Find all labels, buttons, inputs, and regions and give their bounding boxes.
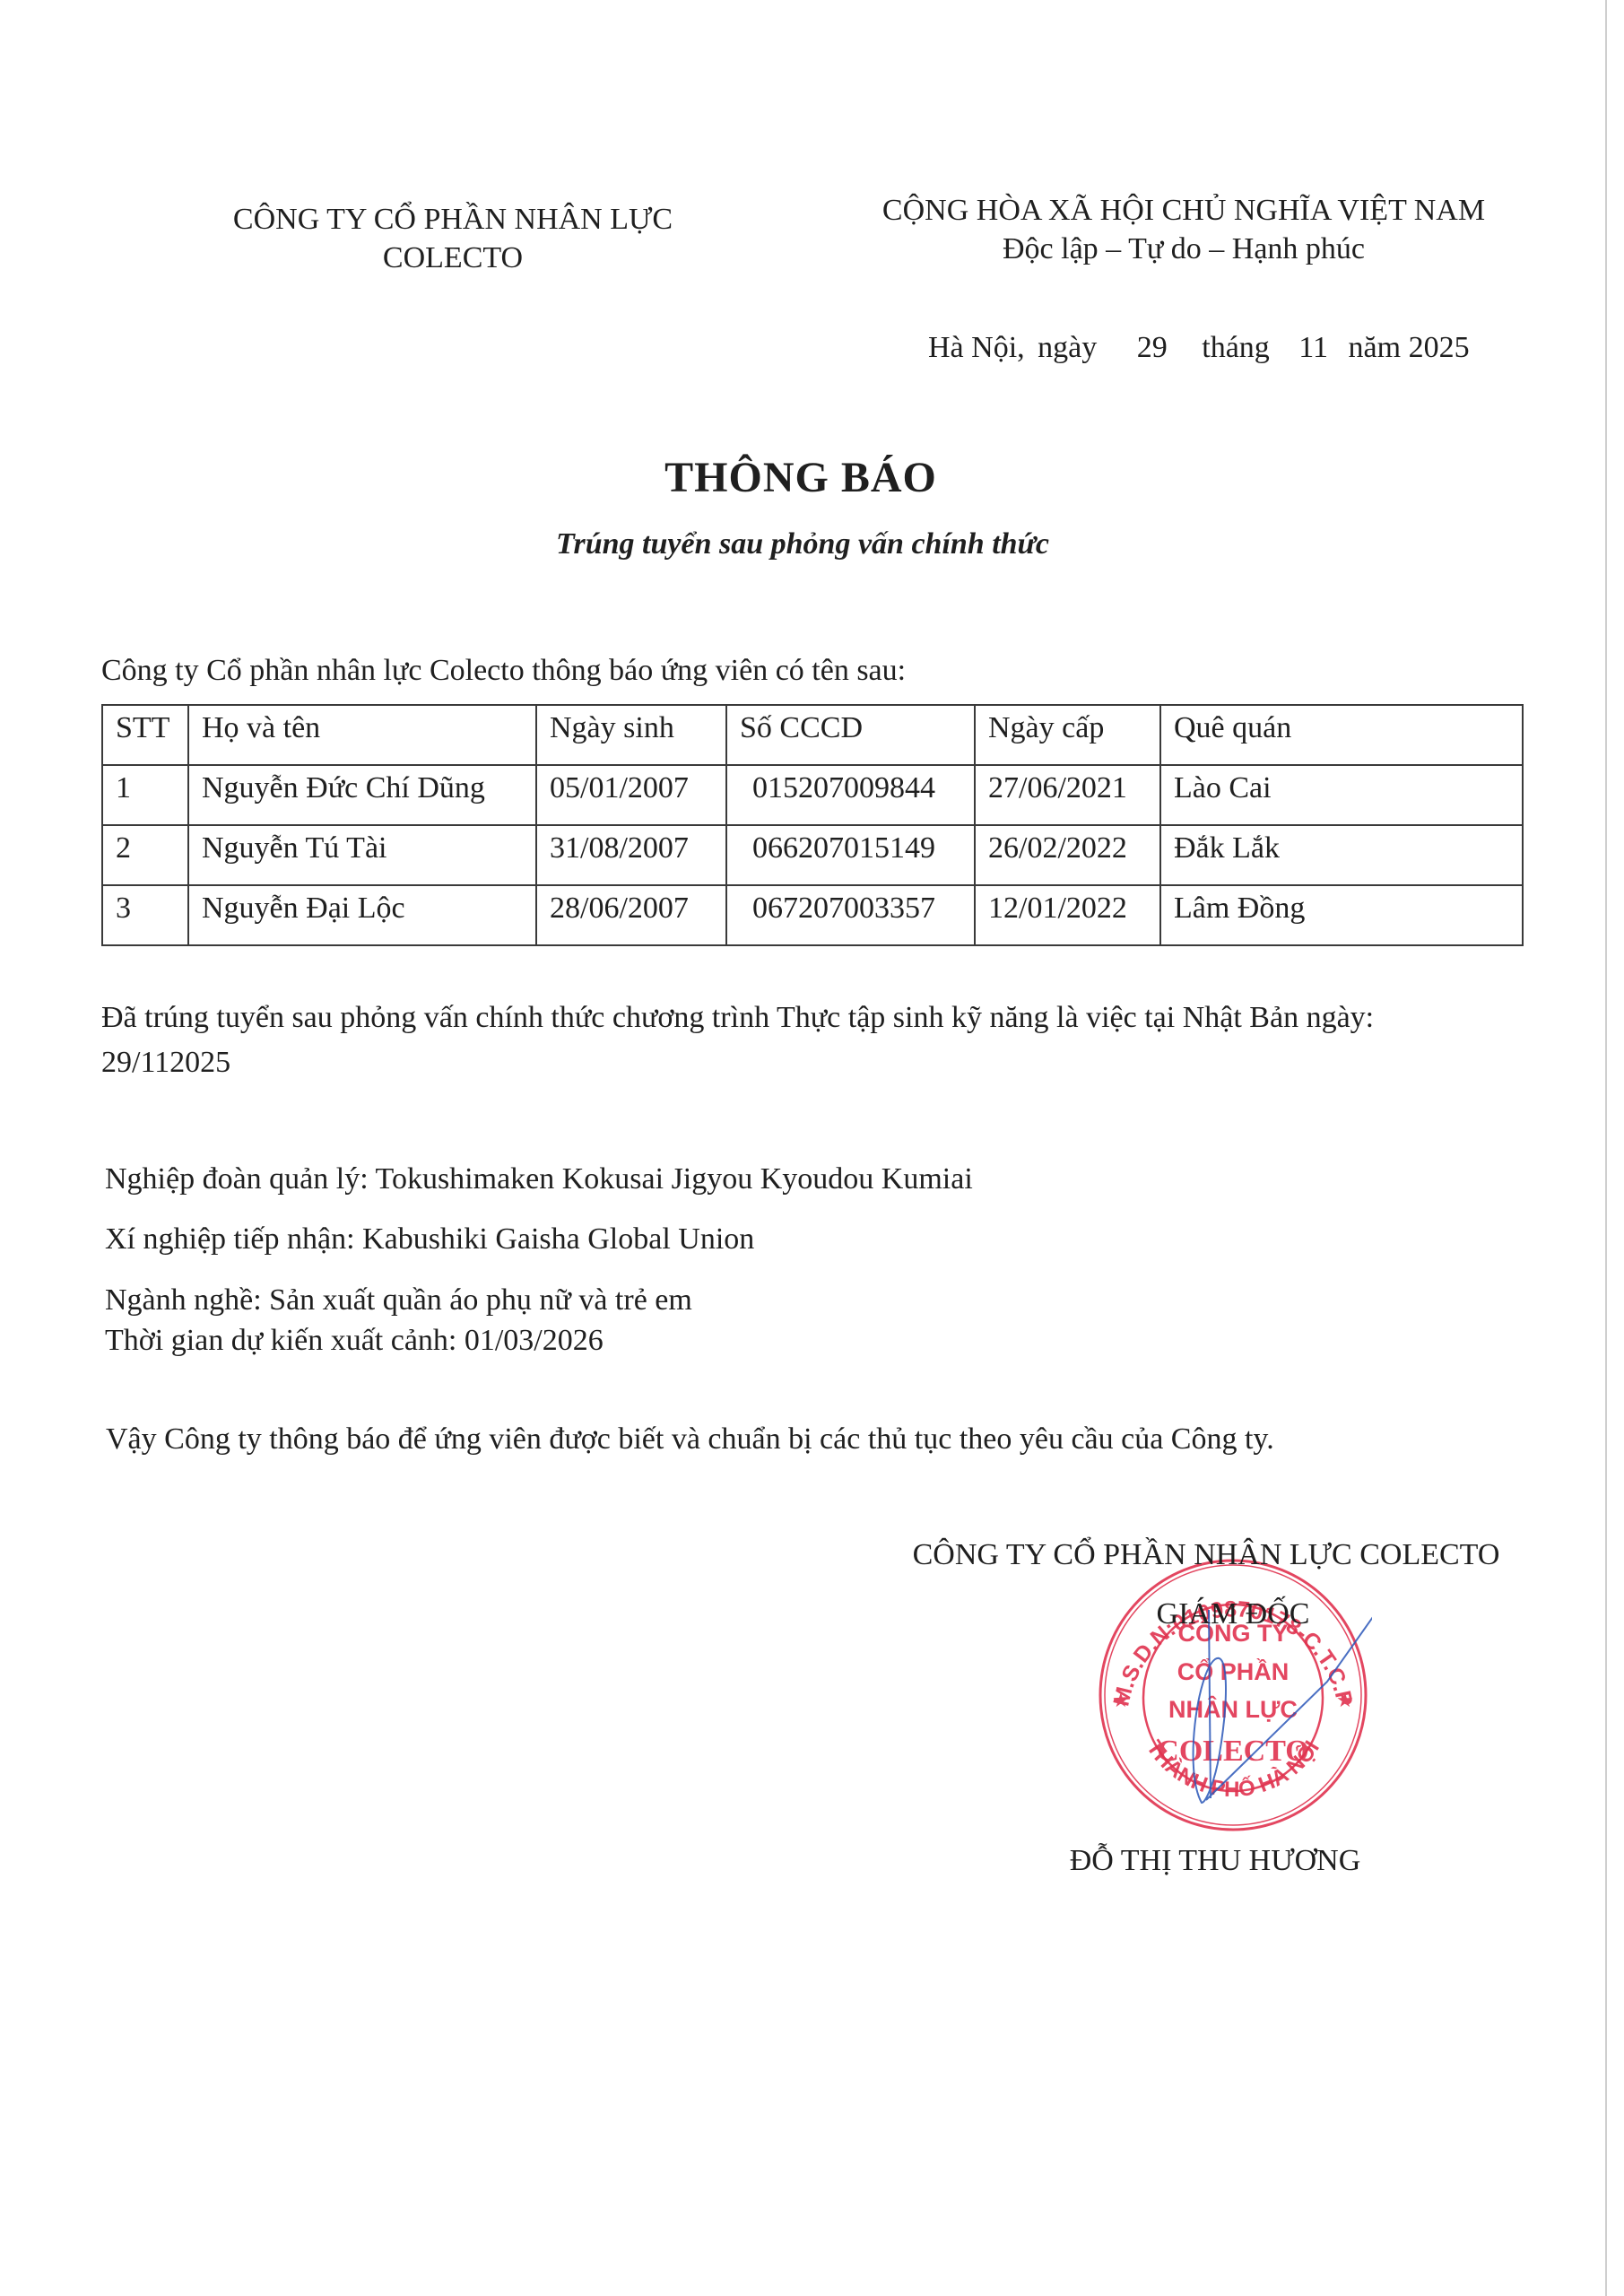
document-subtitle: Trúng tuyển sau phỏng vấn chính thức: [556, 527, 1049, 561]
date-day: 29: [1137, 331, 1168, 364]
header-birth-date: Ngày sinh: [536, 705, 726, 765]
table-row: 3 Nguyễn Đại Lộc 28/06/2007 067207003357…: [102, 885, 1523, 945]
industry: Ngành nghề: Sản xuất quần áo phụ nữ và t…: [105, 1283, 692, 1318]
company-name-header: CÔNG TY CỔ PHẦN NHÂN LỰC: [233, 202, 673, 238]
candidates-table: STT Họ và tên Ngày sinh Số CCCD Ngày cấp…: [101, 704, 1524, 946]
date-month-label: tháng: [1202, 331, 1270, 364]
intro-text: Công ty Cổ phần nhân lực Colecto thông b…: [101, 653, 906, 689]
cell-stt: 2: [102, 825, 188, 885]
managing-union: Nghiệp đoàn quản lý: Tokushimaken Kokusa…: [105, 1161, 973, 1197]
date-place: Hà Nội,: [928, 331, 1025, 364]
date-year: 2025: [1409, 331, 1470, 364]
table-header-row: STT Họ và tên Ngày sinh Số CCCD Ngày cấp…: [102, 705, 1523, 765]
national-title: CỘNG HÒA XÃ HỘI CHỦ NGHĨA VIỆT NAM: [882, 193, 1485, 229]
cell-stt: 3: [102, 885, 188, 945]
cell-id-number: 067207003357: [726, 885, 975, 945]
cell-birth-date: 31/08/2007: [536, 825, 726, 885]
cell-issue-date: 27/06/2021: [975, 765, 1160, 825]
closing-text: Vậy Công ty thông báo để ứng viên được b…: [106, 1422, 1274, 1457]
signatory-name: ĐỖ THỊ THU HƯƠNG: [1070, 1843, 1361, 1879]
header-issue-date: Ngày cấp: [975, 705, 1160, 765]
date-month: 11: [1298, 331, 1328, 364]
svg-text:★: ★: [1336, 1689, 1354, 1711]
cell-id-number: 015207009844: [726, 765, 975, 825]
svg-text:CỔ PHẦN: CỔ PHẦN: [1177, 1657, 1290, 1685]
result-date: 29/112025: [101, 1045, 230, 1081]
company-name-header-line2: COLECTO: [383, 240, 523, 276]
svg-text:COLECTO: COLECTO: [1157, 1735, 1308, 1768]
cell-hometown: Lâm Đồng: [1160, 885, 1523, 945]
result-text: Đã trúng tuyển sau phỏng vấn chính thức …: [101, 1000, 1374, 1036]
header-id-number: Số CCCD: [726, 705, 975, 765]
scan-page-edge: [1605, 0, 1607, 2296]
cell-hometown: Đắk Lắk: [1160, 825, 1523, 885]
signature-position: GIÁM ĐỐC: [1157, 1596, 1310, 1632]
cell-full-name: Nguyễn Tú Tài: [188, 825, 536, 885]
header-full-name: Họ và tên: [188, 705, 536, 765]
cell-birth-date: 05/01/2007: [536, 765, 726, 825]
signature-company: CÔNG TY CỔ PHẦN NHÂN LỰC COLECTO: [913, 1537, 1500, 1573]
document-title: THÔNG BÁO: [664, 453, 937, 502]
svg-text:NHÂN LỰC: NHÂN LỰC: [1168, 1695, 1298, 1723]
cell-id-number: 066207015149: [726, 825, 975, 885]
table-row: 2 Nguyễn Tú Tài 31/08/2007 066207015149 …: [102, 825, 1523, 885]
table-row: 1 Nguyễn Đức Chí Dũng 05/01/2007 0152070…: [102, 765, 1523, 825]
national-motto: Độc lập – Tự do – Hạnh phúc: [1003, 231, 1365, 267]
date-line: Hà Nội, ngày 29 tháng 11 năm 2025: [928, 330, 1470, 366]
cell-stt: 1: [102, 765, 188, 825]
svg-text:★: ★: [1112, 1689, 1130, 1711]
header-hometown: Quê quán: [1160, 705, 1523, 765]
cell-hometown: Lào Cai: [1160, 765, 1523, 825]
cell-birth-date: 28/06/2007: [536, 885, 726, 945]
cell-full-name: Nguyễn Đại Lộc: [188, 885, 536, 945]
cell-issue-date: 26/02/2022: [975, 825, 1160, 885]
receiving-company: Xí nghiệp tiếp nhận: Kabushiki Gaisha Gl…: [105, 1222, 754, 1257]
cell-full-name: Nguyễn Đức Chí Dũng: [188, 765, 536, 825]
cell-issue-date: 12/01/2022: [975, 885, 1160, 945]
date-year-label: năm: [1349, 331, 1402, 364]
header-stt: STT: [102, 705, 188, 765]
date-day-label: ngày: [1038, 331, 1097, 364]
departure-date: Thời gian dự kiến xuất cảnh: 01/03/2026: [105, 1323, 604, 1359]
